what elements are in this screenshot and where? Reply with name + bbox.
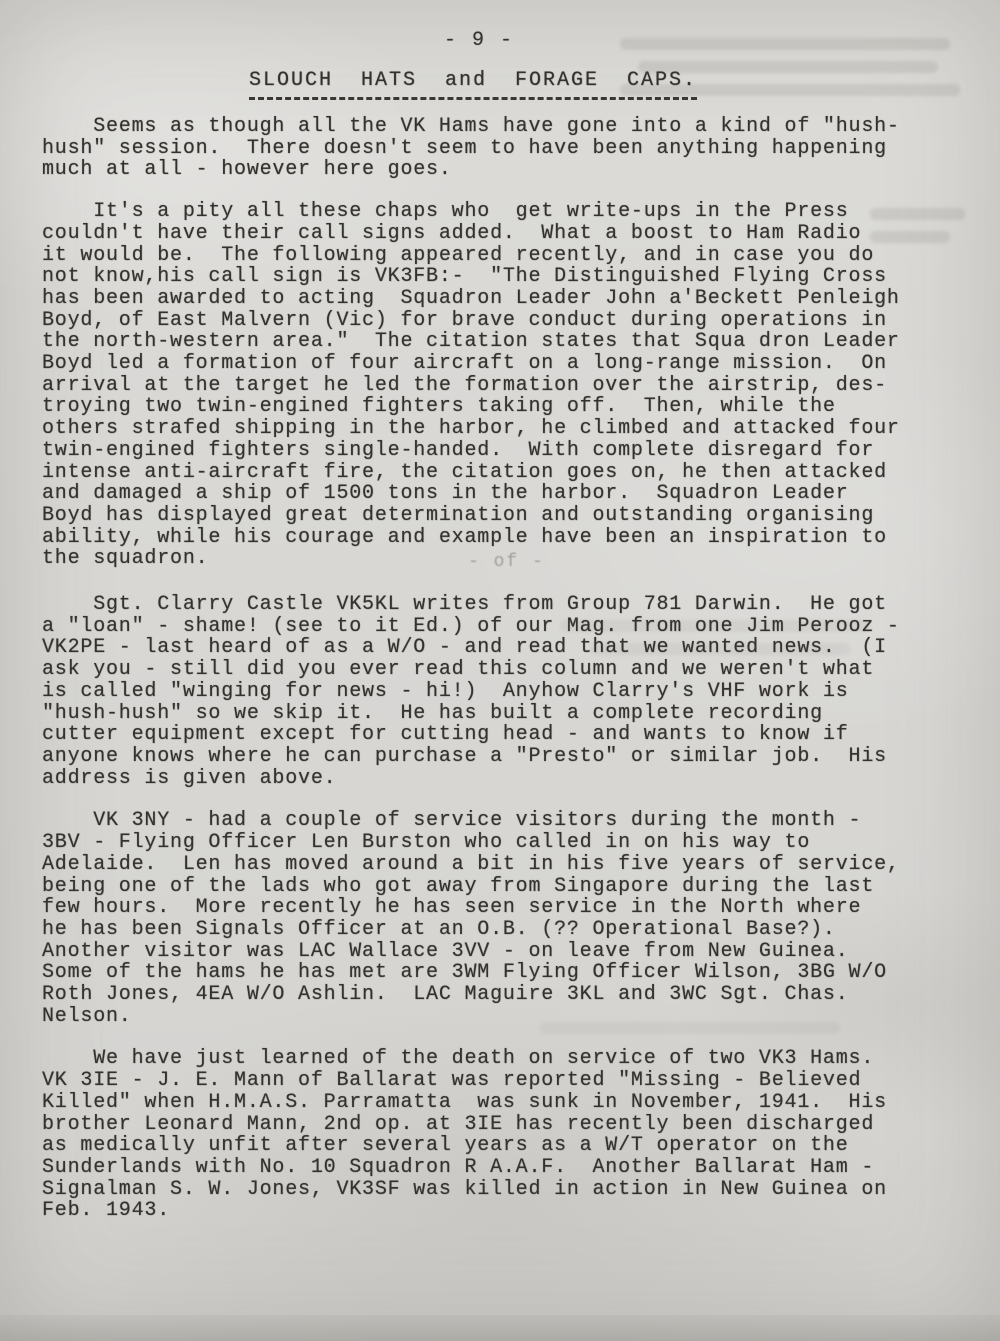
paragraph-deaths-on-service: We have just learned of the death on ser…	[42, 1048, 960, 1222]
paragraph-clarry-castle: Sgt. Clarry Castle VK5KL writes from Gro…	[42, 594, 960, 789]
page-content: - 9 - SLOUCH HATS and FORAGE CAPS. Seems…	[0, 0, 1000, 1222]
paragraph-vk3ny-visitors: VK 3NY - had a couple of service visitor…	[42, 810, 960, 1027]
faint-separator-mark: - of -	[468, 552, 545, 572]
paragraph-dfc-citation: It's a pity all these chaps who get writ…	[42, 201, 960, 570]
scan-edge-shadow	[0, 1315, 1000, 1341]
scanned-document-page: - 9 - SLOUCH HATS and FORAGE CAPS. Seems…	[0, 0, 1000, 1341]
article-title: SLOUCH HATS and FORAGE CAPS.	[249, 68, 697, 100]
page-number: - 9 -	[20, 30, 938, 52]
paragraph-intro: Seems as though all the VK Hams have gon…	[42, 116, 960, 181]
title-row: SLOUCH HATS and FORAGE CAPS.	[14, 68, 932, 100]
